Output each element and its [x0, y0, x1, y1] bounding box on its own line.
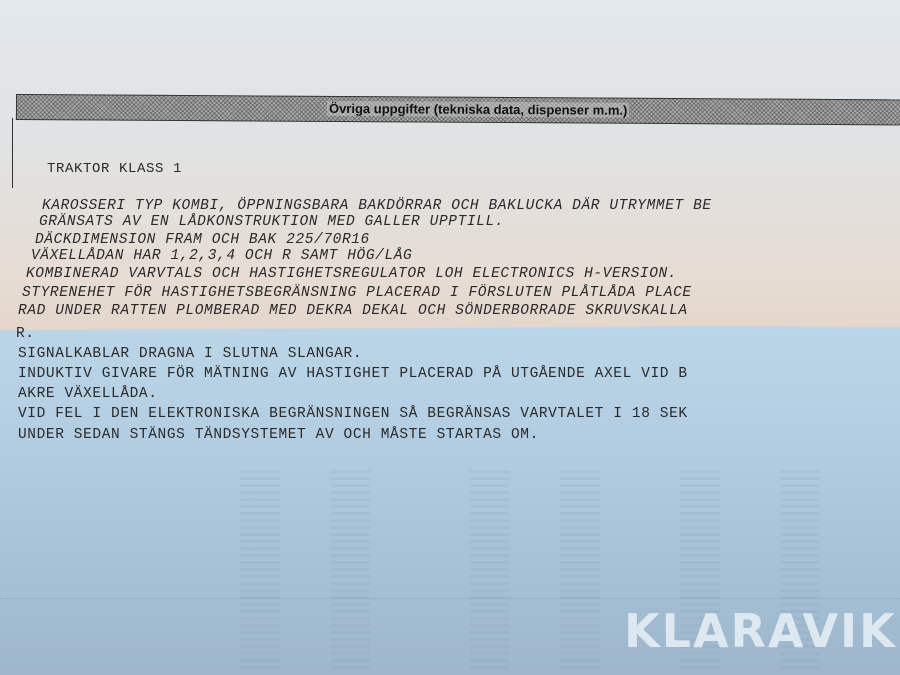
text-line: INDUKTIV GIVARE FÖR MÄTNING AV HASTIGHET… [18, 366, 688, 382]
text-line: KAROSSERI TYP KOMBI, ÖPPNINGSBARA BAKDÖR… [42, 198, 712, 214]
show-through-text [330, 470, 370, 670]
perforation-line [0, 598, 900, 599]
text-line: R. [16, 326, 35, 342]
text-line: UNDER SEDAN STÄNGS TÄNDSYSTEMET AV OCH M… [18, 427, 539, 443]
show-through-text [560, 470, 600, 670]
text-line: VID FEL I DEN ELEKTRONISKA BEGRÄNSNINGEN… [18, 406, 688, 422]
show-through-text [470, 470, 510, 670]
text-line: GRÄNSATS AV EN LÅDKONSTRUKTION MED GALLE… [39, 214, 504, 230]
text-line: STYRENEHET FÖR HASTIGHETSBEGRÄNSNING PLA… [22, 285, 692, 301]
text-line: VÄXELLÅDAN HAR 1,2,3,4 OCH R SAMT HÖG/LÅ… [31, 248, 412, 264]
text-line: KOMBINERAD VARVTALS OCH HASTIGHETSREGULA… [26, 266, 677, 282]
text-line: RAD UNDER RATTEN PLOMBERAD MED DEKRA DEK… [18, 303, 688, 319]
show-through-text [240, 470, 280, 670]
document-heading: TRAKTOR KLASS 1 [47, 161, 182, 177]
section-header-title: Övriga uppgifter (tekniska data, dispens… [327, 101, 629, 118]
section-header-bar: Övriga uppgifter (tekniska data, dispens… [16, 94, 900, 126]
text-line: AKRE VÄXELLÅDA. [18, 386, 158, 402]
text-line: SIGNALKABLAR DRAGNA I SLUTNA SLANGAR. [18, 346, 362, 362]
form-left-border [12, 118, 13, 188]
klaravik-watermark-logo: KLARAVIK [624, 604, 897, 658]
text-line: DÄCKDIMENSION FRAM OCH BAK 225/70R16 [35, 232, 370, 248]
